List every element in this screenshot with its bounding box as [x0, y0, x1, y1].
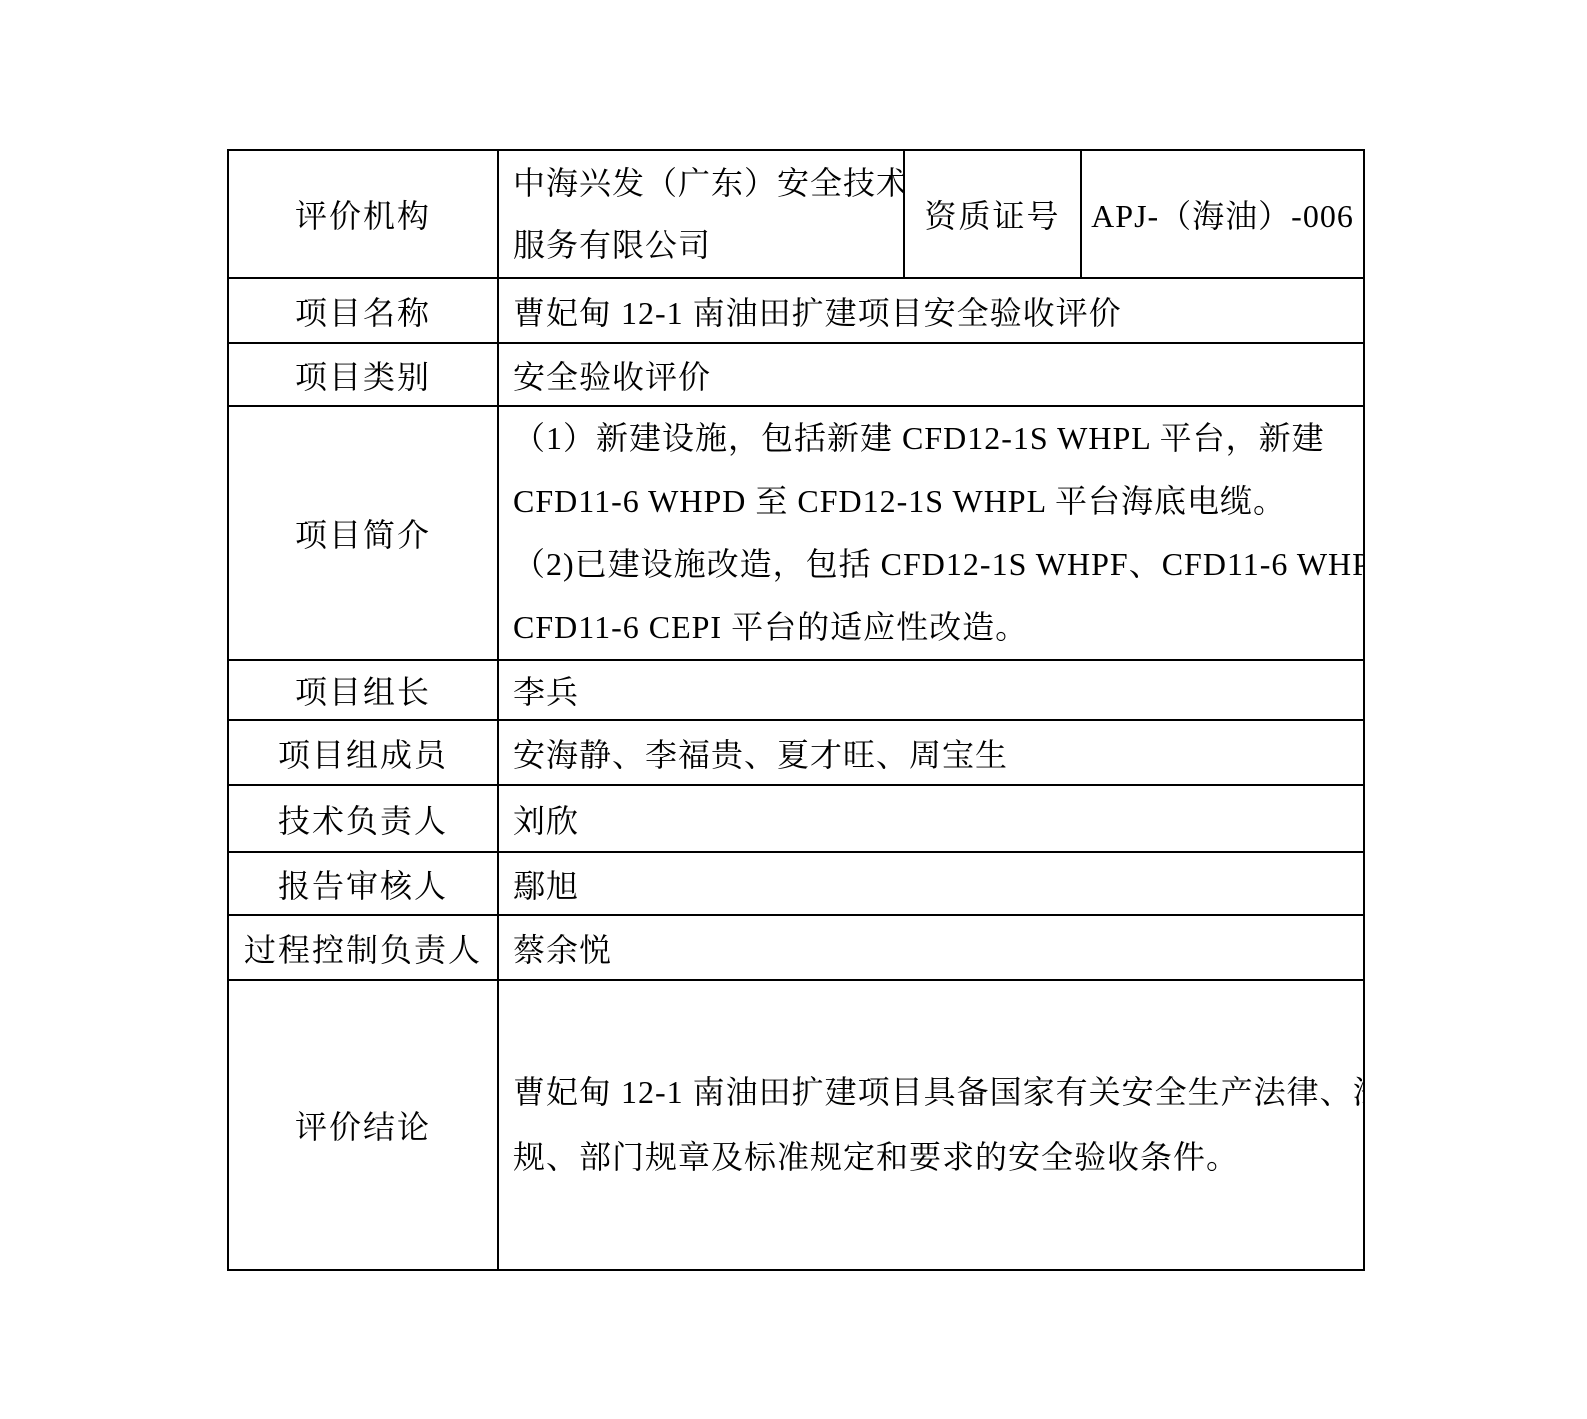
conclusion-label-cell: 评价结论	[228, 980, 498, 1270]
table-row-process-control-manager: 过程控制负责人 蔡余悦	[228, 915, 1364, 980]
table-row-project-intro: 项目简介 （1）新建设施，包括新建 CFD12-1S WHPL 平台，新建 CF…	[228, 406, 1364, 660]
report-reviewer-label-cell: 报告审核人	[228, 852, 498, 915]
org-label-cell: 评价机构	[228, 150, 498, 278]
project-type-value-cell: 安全验收评价	[498, 343, 1364, 406]
project-intro-line-4: CFD11-6 CEPI 平台的适应性改造。	[513, 596, 1363, 659]
org-name-line-2: 服务有限公司	[513, 214, 903, 276]
project-leader-label-cell: 项目组长	[228, 660, 498, 720]
process-control-manager-label-cell: 过程控制负责人	[228, 915, 498, 980]
table-row-conclusion: 评价结论 曹妃甸 12-1 南油田扩建项目具备国家有关安全生产法律、法 规、部门…	[228, 980, 1364, 1270]
table-row-org: 评价机构 中海兴发（广东）安全技术 服务有限公司 资质证号 APJ-（海油）-0…	[228, 150, 1364, 278]
project-name-label-cell: 项目名称	[228, 278, 498, 343]
project-intro-line-3: （2)已建设施改造，包括 CFD12-1S WHPF、CFD11-6 WHPD、	[513, 533, 1363, 596]
table-row-project-name: 项目名称 曹妃甸 12-1 南油田扩建项目安全验收评价	[228, 278, 1364, 343]
cert-label-cell: 资质证号	[904, 150, 1081, 278]
report-reviewer-value-cell: 鄢旭	[498, 852, 1364, 915]
process-control-manager-value-cell: 蔡余悦	[498, 915, 1364, 980]
technical-director-label-cell: 技术负责人	[228, 785, 498, 852]
table-row-technical-director: 技术负责人 刘欣	[228, 785, 1364, 852]
team-members-value-cell: 安海静、李福贵、夏才旺、周宝生	[498, 720, 1364, 785]
table-row-team-members: 项目组成员 安海静、李福贵、夏才旺、周宝生	[228, 720, 1364, 785]
technical-director-value-cell: 刘欣	[498, 785, 1364, 852]
project-evaluation-table: 评价机构 中海兴发（广东）安全技术 服务有限公司 资质证号 APJ-（海油）-0…	[227, 149, 1365, 1271]
project-leader-value-cell: 李兵	[498, 660, 1364, 720]
table-row-project-type: 项目类别 安全验收评价	[228, 343, 1364, 406]
project-type-label-cell: 项目类别	[228, 343, 498, 406]
project-intro-line-2: CFD11-6 WHPD 至 CFD12-1S WHPL 平台海底电缆。	[513, 470, 1363, 533]
conclusion-line-2: 规、部门规章及标准规定和要求的安全验收条件。	[513, 1125, 1363, 1190]
project-name-value-cell: 曹妃甸 12-1 南油田扩建项目安全验收评价	[498, 278, 1364, 343]
org-name-cell: 中海兴发（广东）安全技术 服务有限公司	[498, 150, 904, 278]
conclusion-line-1: 曹妃甸 12-1 南油田扩建项目具备国家有关安全生产法律、法	[513, 1060, 1363, 1125]
project-intro-value-cell: （1）新建设施，包括新建 CFD12-1S WHPL 平台，新建 CFD11-6…	[498, 406, 1364, 660]
team-members-label-cell: 项目组成员	[228, 720, 498, 785]
table-row-project-leader: 项目组长 李兵	[228, 660, 1364, 720]
org-name-line-1: 中海兴发（广东）安全技术	[513, 152, 903, 214]
cert-value-cell: APJ-（海油）-006	[1081, 150, 1364, 278]
conclusion-value-cell: 曹妃甸 12-1 南油田扩建项目具备国家有关安全生产法律、法 规、部门规章及标准…	[498, 980, 1364, 1270]
table-row-report-reviewer: 报告审核人 鄢旭	[228, 852, 1364, 915]
project-intro-label-cell: 项目简介	[228, 406, 498, 660]
project-intro-line-1: （1）新建设施，包括新建 CFD12-1S WHPL 平台，新建	[513, 407, 1363, 470]
